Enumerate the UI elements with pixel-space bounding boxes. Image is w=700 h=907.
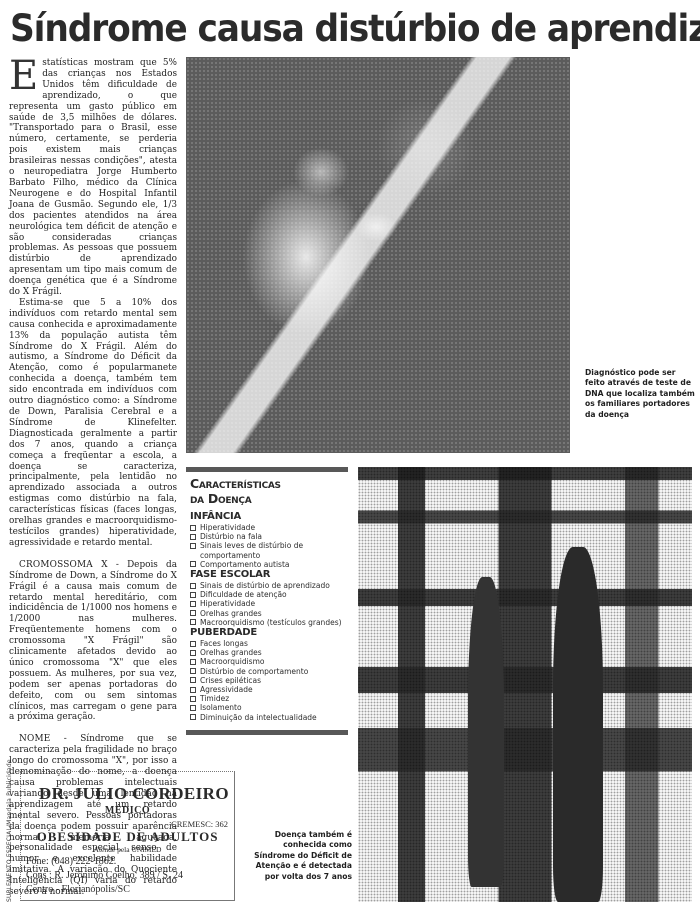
checklist-item: Hiperatividade xyxy=(190,599,348,608)
item-label: Distúrbio de comportamento xyxy=(200,667,308,676)
checkbox-icon xyxy=(190,641,196,647)
photo-dna-test xyxy=(186,57,570,453)
checkbox-icon xyxy=(190,561,196,567)
item-label: Distúrbio na fala xyxy=(200,532,262,541)
section-heading: INFÂNCIA xyxy=(190,511,348,523)
item-label: Orelhas grandes xyxy=(200,648,262,657)
item-label: Diminuição da intelectualidade xyxy=(200,713,317,722)
headline: Síndrome causa distúrbio de aprendizado xyxy=(10,6,647,52)
checkbox-icon xyxy=(190,668,196,674)
checkbox-icon xyxy=(190,650,196,656)
checkbox-icon xyxy=(190,610,196,616)
checkbox-icon xyxy=(190,619,196,625)
checklist-item: Macroorquidismo (testículos grandes) xyxy=(190,618,348,627)
photo-caption-top: Diagnóstico pode ser feito através de te… xyxy=(585,368,697,420)
sidebar-title-line1: Características xyxy=(190,476,348,491)
item-label: Agressividade xyxy=(200,685,253,694)
item-label: Sinais de distúrbio de aprendizado xyxy=(200,581,330,590)
checklist-infancia: Hiperatividade Distúrbio na fala Sinais … xyxy=(190,523,348,569)
checkbox-icon xyxy=(190,534,196,540)
checkbox-icon xyxy=(190,677,196,683)
item-label: Timidez xyxy=(200,694,229,703)
checklist-item: Dificuldade de atenção xyxy=(190,590,348,599)
ad-address: Cons : R. Jerônimo Coelho, 389 / S. 24 xyxy=(26,870,183,881)
divider-bar xyxy=(186,467,348,472)
checklist-item: Hiperatividade xyxy=(190,523,348,532)
checklist-item: Crises epiléticas xyxy=(190,676,348,685)
checkbox-icon xyxy=(190,696,196,702)
checklist-item: Sinais de distúrbio de aprendizado xyxy=(190,581,348,590)
ad-specialty: OBESIDADE DE ADULTOS xyxy=(21,829,234,845)
checklist-item: Faces longas xyxy=(190,639,348,648)
checklist-item: Diminuição da intelectualidade xyxy=(190,713,348,722)
item-label: Dificuldade de atenção xyxy=(200,590,287,599)
checklist-item: Macroorquidismo xyxy=(190,657,348,666)
checklist-item: Orelhas grandes xyxy=(190,648,348,657)
item-label: Isolamento xyxy=(200,703,242,712)
item-label: Macroorquidismo (testículos grandes) xyxy=(200,618,342,627)
checkbox-icon xyxy=(190,601,196,607)
checklist-item: Comportamento autista xyxy=(190,560,348,569)
article-paragraph-2: Estima-se que 5 a 10% dos indivíduos com… xyxy=(9,298,177,549)
ad-city: Centro - Florianópolis/SC xyxy=(26,884,130,895)
ad-role: MÉDICO xyxy=(21,805,234,816)
checkbox-icon xyxy=(190,687,196,693)
item-label: Comportamento autista xyxy=(200,560,290,569)
sidebar-title-line2: da Doença xyxy=(190,491,348,506)
photo-caption-bottom: Doença também é conhecida como Síndrome … xyxy=(249,830,352,882)
section-heading: PUBERDADE xyxy=(190,627,348,639)
item-label: Faces longas xyxy=(200,639,248,648)
checklist-item: Distúrbio na fala xyxy=(190,532,348,541)
photo-figure-child xyxy=(553,547,603,902)
checklist-item: Distúrbio de comportamento xyxy=(190,667,348,676)
photo-figure-child xyxy=(468,577,504,887)
article-paragraph-intro: Estatísticas mostram que 5% das crianças… xyxy=(9,58,177,298)
checklist-item: Timidez xyxy=(190,694,348,703)
item-label: Hiperatividade xyxy=(200,599,255,608)
checklist-item: Isolamento xyxy=(190,703,348,712)
checklist-puberdade: Faces longas Orelhas grandes Macroorquid… xyxy=(190,639,348,722)
checklist-item: Agressividade xyxy=(190,685,348,694)
item-label: Hiperatividade xyxy=(200,523,255,532)
checkbox-icon xyxy=(190,525,196,531)
checklist-fase-escolar: Sinais de distúrbio de aprendizado Dific… xyxy=(190,581,348,627)
checkbox-icon xyxy=(190,705,196,711)
article-paragraph-cromossoma: CROMOSSOMA X - Depois da Síndrome de Dow… xyxy=(9,560,177,724)
checkbox-icon xyxy=(190,659,196,665)
checkbox-icon xyxy=(190,583,196,589)
paragraph-text: - Depois da Síndrome de Down, a Síndrome… xyxy=(9,560,177,723)
checklist-item: Orelhas grandes xyxy=(190,609,348,618)
ad-doctor-name: DR. JULIO CORDEIRO xyxy=(39,784,229,804)
dropcap: E xyxy=(9,60,38,92)
checkbox-icon xyxy=(190,592,196,598)
checklist-item: Sinais leves de distúrbio de comportamen… xyxy=(190,541,348,559)
item-label: Orelhas grandes xyxy=(200,609,262,618)
ad-phone: Fone: (048) 222-1862. xyxy=(26,856,116,867)
doctor-advertisement: DR. JULIO CORDEIRO MÉDICO CREMESC: 362 O… xyxy=(20,771,235,901)
characteristics-box: Características da Doença INFÂNCIA Hiper… xyxy=(186,467,348,735)
photo-children-playground xyxy=(358,467,692,902)
paragraph-lead: NOME xyxy=(19,734,50,744)
sidebar-title: Características da Doença xyxy=(190,476,348,506)
divider-bar xyxy=(186,730,348,735)
ad-registration: CREMESC: 362 xyxy=(171,819,228,829)
ad-insurance: Atende pela UNIMED xyxy=(21,845,234,854)
checkbox-icon xyxy=(190,714,196,720)
section-heading: FASE ESCOLAR xyxy=(190,569,348,581)
item-label: Macroorquidismo xyxy=(200,657,264,666)
item-label: Crises epiléticas xyxy=(200,676,261,685)
checkbox-icon xyxy=(190,543,196,549)
item-label: Sinais leves de distúrbio de comportamen… xyxy=(200,541,348,559)
supplement-side-label: SUPLEMENTO ESPECIAL/Mandala Publicidade xyxy=(4,766,16,902)
paragraph-lead: CROMOSSOMA X xyxy=(19,560,108,570)
